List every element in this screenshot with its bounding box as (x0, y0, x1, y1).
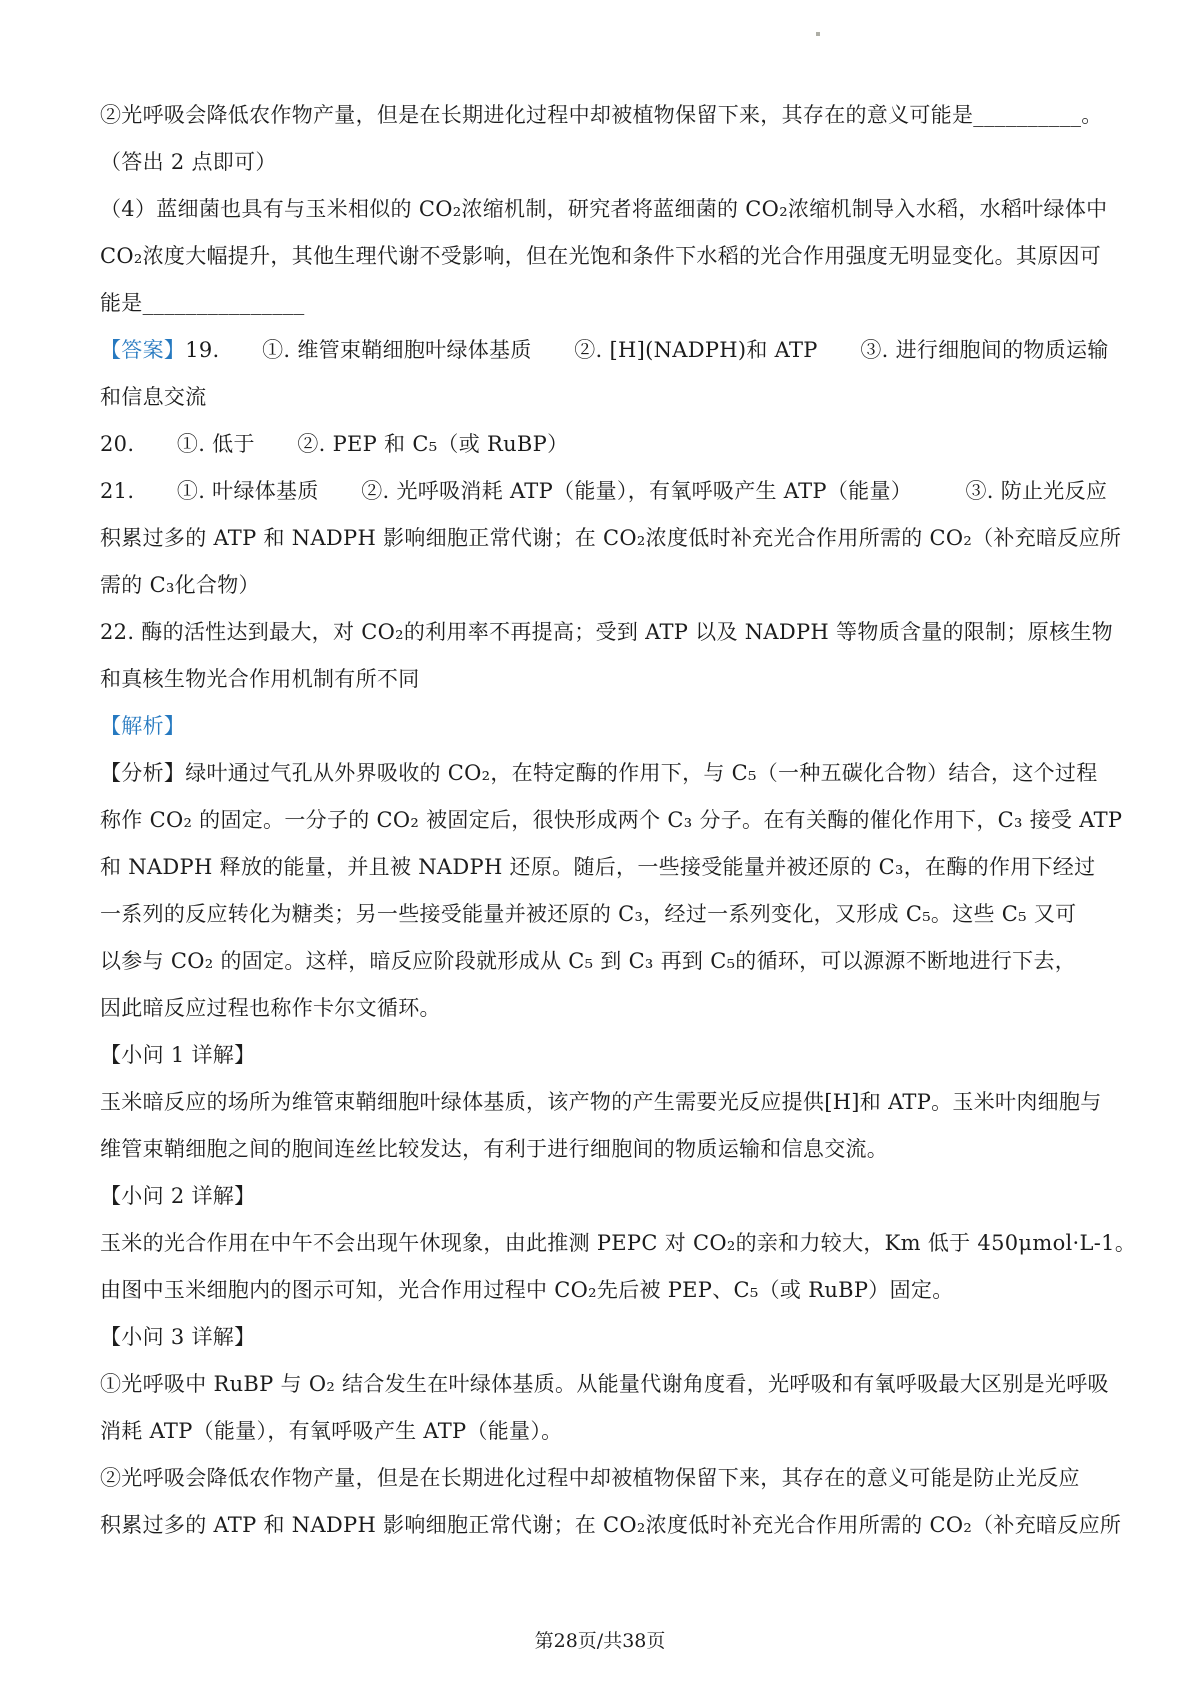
text-line: 和 NADPH 释放的能量，并且被 NADPH 还原。随后，一些接受能量并被还原… (100, 844, 1110, 891)
text-line: 【小问 1 详解】 (100, 1032, 1110, 1079)
line-text: 20. ①. 低于 ②. PEP 和 C₅（或 RuBP） (100, 432, 568, 456)
text-line: 以参与 CO₂ 的固定。这样，暗反应阶段就形成从 C₅ 到 C₃ 再到 C₅的循… (100, 938, 1110, 985)
line-text: 和信息交流 (100, 385, 207, 409)
page-footer: 第28页/共38页 (0, 1626, 1200, 1656)
text-line: 【小问 2 详解】 (100, 1173, 1110, 1220)
line-text: 以参与 CO₂ 的固定。这样，暗反应阶段就形成从 C₅ 到 C₃ 再到 C₅的循… (100, 949, 1076, 973)
line-text: 消耗 ATP（能量），有氧呼吸产生 ATP（能量）。 (100, 1419, 562, 1443)
line-text: ②光呼吸会降低农作物产量，但是在长期进化过程中却被植物保留下来，其存在的意义可能… (100, 103, 1103, 127)
text-line: 【小问 3 详解】 (100, 1314, 1110, 1361)
text-line: 玉米的光合作用在中午不会出现午休现象，由此推测 PEPC 对 CO₂的亲和力较大… (100, 1220, 1110, 1267)
text-line: 因此暗反应过程也称作卡尔文循环。 (100, 985, 1110, 1032)
text-line: ②光呼吸会降低农作物产量，但是在长期进化过程中却被植物保留下来，其存在的意义可能… (100, 92, 1110, 139)
line-text: 由图中玉米细胞内的图示可知，光合作用过程中 CO₂先后被 PEP、C₅（或 Ru… (100, 1278, 954, 1302)
text-line: 维管束鞘细胞之间的胞间连丝比较发达，有利于进行细胞间的物质运输和信息交流。 (100, 1126, 1110, 1173)
line-text: 维管束鞘细胞之间的胞间连丝比较发达，有利于进行细胞间的物质运输和信息交流。 (100, 1137, 888, 1161)
text-line: 积累过多的 ATP 和 NADPH 影响细胞正常代谢；在 CO₂浓度低时补充光合… (100, 515, 1110, 562)
line-text: 21. ①. 叶绿体基质 ②. 光呼吸消耗 ATP（能量），有氧呼吸产生 ATP… (100, 479, 1107, 503)
line-text: 需的 C₃化合物） (100, 573, 260, 597)
line-text: ①光呼吸中 RuBP 与 O₂ 结合发生在叶绿体基质。从能量代谢角度看，光呼吸和… (100, 1372, 1109, 1396)
text-line: 和信息交流 (100, 374, 1110, 421)
line-text: CO₂浓度大幅提升，其他生理代谢不受影响，但在光饱和条件下水稻的光合作用强度无明… (100, 244, 1101, 268)
text-line: 能是_______________ (100, 280, 1110, 327)
text-line: 消耗 ATP（能量），有氧呼吸产生 ATP（能量）。 (100, 1408, 1110, 1455)
text-line: 由图中玉米细胞内的图示可知，光合作用过程中 CO₂先后被 PEP、C₅（或 Ru… (100, 1267, 1110, 1314)
text-line: 和真核生物光合作用机制有所不同 (100, 656, 1110, 703)
line-text: 因此暗反应过程也称作卡尔文循环。 (100, 996, 441, 1020)
text-line: 【答案】19. ①. 维管束鞘细胞叶绿体基质 ②. [H](NADPH)和 AT… (100, 327, 1110, 374)
line-text: （4）蓝细菌也具有与玉米相似的 CO₂浓缩机制，研究者将蓝细菌的 CO₂浓缩机制… (100, 197, 1107, 221)
section-label: 【解析】 (100, 714, 185, 738)
text-line: 称作 CO₂ 的固定。一分子的 CO₂ 被固定后，很快形成两个 C₃ 分子。在有… (100, 797, 1110, 844)
text-line: 需的 C₃化合物） (100, 562, 1110, 609)
line-text: 【分析】绿叶通过气孔从外界吸收的 CO₂，在特定酶的作用下，与 C₅（一种五碳化… (100, 761, 1098, 785)
text-line: CO₂浓度大幅提升，其他生理代谢不受影响，但在光饱和条件下水稻的光合作用强度无明… (100, 233, 1110, 280)
line-text: 【小问 3 详解】 (100, 1325, 255, 1349)
text-line: 一系列的反应转化为糖类；另一些接受能量并被还原的 C₃，经过一系列变化，又形成 … (100, 891, 1110, 938)
line-text: 19. ①. 维管束鞘细胞叶绿体基质 ②. [H](NADPH)和 ATP ③.… (185, 338, 1108, 362)
section-label: 【答案】 (100, 338, 185, 362)
line-text: 玉米的光合作用在中午不会出现午休现象，由此推测 PEPC 对 CO₂的亲和力较大… (100, 1231, 1136, 1255)
line-text: 一系列的反应转化为糖类；另一些接受能量并被还原的 C₃，经过一系列变化，又形成 … (100, 902, 1076, 926)
document-content: ②光呼吸会降低农作物产量，但是在长期进化过程中却被植物保留下来，其存在的意义可能… (100, 92, 1110, 1549)
text-line: ①光呼吸中 RuBP 与 O₂ 结合发生在叶绿体基质。从能量代谢角度看，光呼吸和… (100, 1361, 1110, 1408)
text-line: 22. 酶的活性达到最大，对 CO₂的利用率不再提高；受到 ATP 以及 NAD… (100, 609, 1110, 656)
line-text: ②光呼吸会降低农作物产量，但是在长期进化过程中却被植物保留下来，其存在的意义可能… (100, 1466, 1080, 1490)
text-line: 【分析】绿叶通过气孔从外界吸收的 CO₂，在特定酶的作用下，与 C₅（一种五碳化… (100, 750, 1110, 797)
line-text: 积累过多的 ATP 和 NADPH 影响细胞正常代谢；在 CO₂浓度低时补充光合… (100, 1513, 1121, 1537)
line-text: 【小问 2 详解】 (100, 1184, 255, 1208)
page-number-text: 第28页/共38页 (535, 1630, 666, 1652)
text-line: 玉米暗反应的场所为维管束鞘细胞叶绿体基质，该产物的产生需要光反应提供[H]和 A… (100, 1079, 1110, 1126)
line-text: 和真核生物光合作用机制有所不同 (100, 667, 420, 691)
line-text: 称作 CO₂ 的固定。一分子的 CO₂ 被固定后，很快形成两个 C₃ 分子。在有… (100, 808, 1122, 832)
text-line: （答出 2 点即可） (100, 139, 1110, 186)
line-text: 积累过多的 ATP 和 NADPH 影响细胞正常代谢；在 CO₂浓度低时补充光合… (100, 526, 1121, 550)
line-text: 能是_______________ (100, 291, 305, 315)
line-text: 22. 酶的活性达到最大，对 CO₂的利用率不再提高；受到 ATP 以及 NAD… (100, 620, 1113, 644)
text-line: ②光呼吸会降低农作物产量，但是在长期进化过程中却被植物保留下来，其存在的意义可能… (100, 1455, 1110, 1502)
line-text: 和 NADPH 释放的能量，并且被 NADPH 还原。随后，一些接受能量并被还原… (100, 855, 1095, 879)
line-text: （答出 2 点即可） (100, 150, 277, 174)
text-line: 【解析】 (100, 703, 1110, 750)
line-text: 【小问 1 详解】 (100, 1043, 255, 1067)
text-line: 20. ①. 低于 ②. PEP 和 C₅（或 RuBP） (100, 421, 1110, 468)
text-line: 积累过多的 ATP 和 NADPH 影响细胞正常代谢；在 CO₂浓度低时补充光合… (100, 1502, 1110, 1549)
scan-artifact-dot (816, 32, 820, 36)
text-line: 21. ①. 叶绿体基质 ②. 光呼吸消耗 ATP（能量），有氧呼吸产生 ATP… (100, 468, 1110, 515)
text-line: （4）蓝细菌也具有与玉米相似的 CO₂浓缩机制，研究者将蓝细菌的 CO₂浓缩机制… (100, 186, 1110, 233)
line-text: 玉米暗反应的场所为维管束鞘细胞叶绿体基质，该产物的产生需要光反应提供[H]和 A… (100, 1090, 1102, 1114)
